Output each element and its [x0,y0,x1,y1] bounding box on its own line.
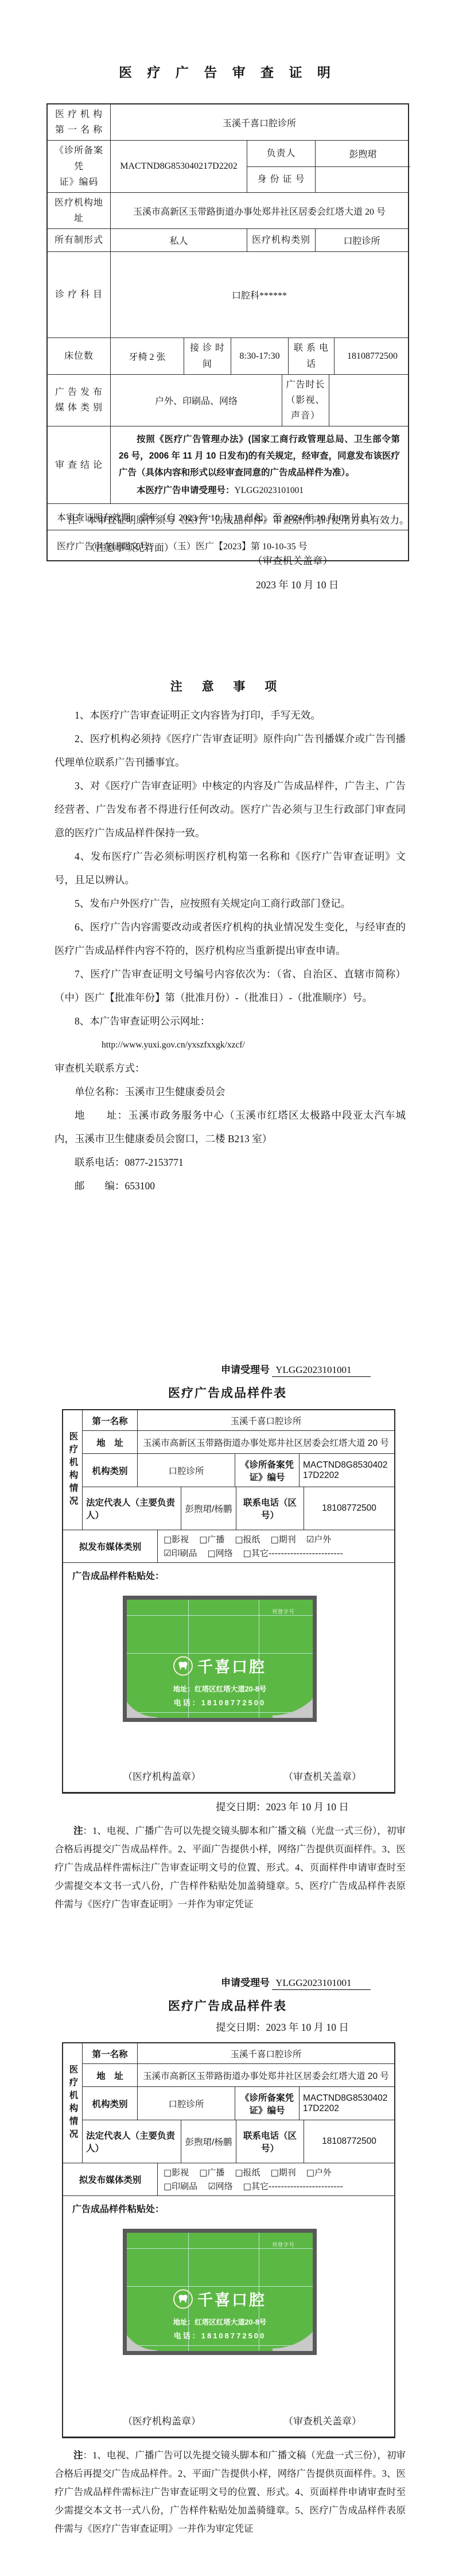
ad-address-line: 地址：红塔区红塔大道20-8号 [173,2317,267,2327]
media-checkbox-print[interactable]: ☑印刷品 [164,1546,197,1560]
media-category-label: 广 告 发 布 媒 体 类 别 [48,375,111,426]
phone-value: 18108772500 [304,2120,394,2163]
scanned-document-page: 医 疗 广 告 审 查 证 明 医 疗 机 构 第 一 名 称 玉溪千喜口腔诊所… [0,0,455,2576]
contact-unit: 单位名称：玉溪市卫生健康委员会 [55,1080,406,1104]
submit-date-value: 2023 年 10 月 10 日 [266,1801,349,1813]
ad-sample-canvas: 刊登字号 千喜口腔 地址：红塔区红塔大道20-8号 电话：18108772500 [127,2233,313,2351]
table-row: 审 查 结 论 按照《医疗广告管理办法》(国家工商行政管理总局、卫生部令第 26… [48,426,408,504]
sample-sheet-1: 申请受理号 YLGG2023101001 医疗广告成品样件表 医疗机构情况 第一… [0,1356,455,1914]
contact-phone: 联系电话：0877-2153771 [55,1151,406,1174]
acceptance-label: 申请受理号 [221,1364,270,1375]
media-checkbox-outdoor[interactable]: □户外 [306,2166,332,2179]
note-body: ：1、电视、广播广告可以先提交镜头脚本和广播文稿（光盘一式三份），初审合格后再提… [55,2450,406,2534]
ad-phone-line: 电话：18108772500 [174,1697,266,1708]
address-label: 地 址 [83,1431,138,1453]
media-type-label: 拟发布媒体类别 [63,1530,158,1562]
guide-line [127,1653,313,1654]
media-checkbox-other[interactable]: □其它------------------------ [243,1546,343,1560]
ad-license-note: 刊登字号 [272,1608,295,1615]
note-label: 注 [73,1826,83,1836]
address-label: 地 址 [83,2064,138,2086]
contact-phone-label: 联 系 电 话 [289,338,335,374]
acceptance-number-label: 本医疗广告申请受理号： [137,486,235,495]
category-label: 机构类别 [83,1454,138,1487]
sample-sheet-note: 注：1、电视、广播广告可以先提交镜头脚本和广播文稿（光盘一式三份），初审合格后再… [55,2446,406,2538]
notice-body: 1、本医疗广告审查证明正文内容皆为打印，手写无效。2、医疗机构必须持《医疗广告审… [55,704,406,1198]
sample-sheet-note: 注：1、电视、广播广告可以先提交镜头脚本和广播文稿（光盘一式三份），初审合格后再… [55,1822,406,1914]
media-type-checkboxes: □影视□广播□报纸□期刊☑户外 ☑印刷品□网络□其它--------------… [158,1530,394,1562]
ad-corner-cut [273,2291,313,2351]
table-row: 床位数 牙椅 2 张 接 诊 时 间 8:30-17:30 联 系 电 话 18… [48,338,408,374]
treatment-subjects-value: 口腔科****** [111,252,408,337]
clinic-tooth-logo-icon [173,1656,193,1675]
table-row: 拟发布媒体类别 □影视□广播□报纸□期刊□户外 □印刷品☑网络□其它------… [63,2163,394,2196]
media-type-label: 拟发布媒体类别 [63,2163,158,2195]
table-row: 法定代表人（主要负责人） 彭煦珺/杨鹏 联系电话（区号） 18108772500 [83,1487,394,1530]
ad-brand-row: 千喜口腔 [173,2288,266,2310]
notice-title: 注 意 事 项 [0,677,455,695]
first-name-value: 玉溪千喜口腔诊所 [138,1410,394,1430]
certificate-table: 医 疗 机 构 第 一 名 称 玉溪千喜口腔诊所 《诊所备案凭 证》编码 MAC… [46,103,409,561]
phone-label: 联系电话（区号） [236,1487,304,1530]
org-first-name-label: 医 疗 机 构 第 一 名 称 [48,104,111,140]
review-conclusion-cell: 按照《医疗广告管理办法》(国家工商行政管理总局、卫生部令第 26 号，2006 … [111,426,408,503]
table-row: 《诊所备案凭 证》编码 MACTND8G853040217D2202 负责人 彭… [48,141,408,193]
ad-brand-row: 千喜口腔 [173,1655,266,1677]
notice-item: 8、本广告审查证明公示网址： [55,1010,406,1033]
legal-rep-label: 法定代表人（主要负责人） [83,1487,181,1530]
principal-value: 彭煦珺 [316,141,410,166]
sample-paste-area: 广告成品样件粘贴处： 刊登字号 [63,2196,394,2437]
note-body: ：1、电视、广播广告可以先提交镜头脚本和广播文稿（光盘一式三份），初审合格后再提… [55,1825,406,1910]
address-value: 玉溪市高新区玉带路街道办事处郑井社区居委会红塔大道 20 号 [138,2064,394,2086]
ad-address-line: 地址：红塔区红塔大道20-8号 [173,1683,267,1694]
acceptance-number-line: 申请受理号 YLGG2023101001 [221,1974,455,1990]
phone-value: 18108772500 [304,1487,394,1530]
notice-item: 2、医疗机构必须持《医疗广告审查证明》原件向广告刊播媒介或广告刊播代理单位联系广… [55,727,406,774]
paste-area-label: 广告成品样件粘贴处： [63,1563,394,1582]
sample-sheet-table: 医疗机构情况 第一名称 玉溪千喜口腔诊所 地 址 玉溪市高新区玉带路街道办事处郑… [62,1409,395,1794]
org-stamp-placeholder: （医疗机构盖章） [123,1768,201,1783]
media-checkbox-magazine[interactable]: □期刊 [271,2166,296,2179]
treatment-subjects-label: 诊 疗 科 目 [48,252,111,337]
table-row: 医疗机构地址 玉溪市高新区玉带路街道办事处郑井社区居委会红塔大道 20 号 [48,193,408,229]
first-name-value: 玉溪千喜口腔诊所 [138,2043,394,2063]
note-label: 注 [73,2450,83,2461]
notice-item: 4、发布医疗广告必须标明医疗机构第一名称和《医疗广告审查证明》文号，且足以辨认。 [55,845,406,892]
media-checkbox-tv[interactable]: □影视 [164,2166,189,2179]
org-stamp-placeholder: （医疗机构盖章） [123,2413,201,2427]
submit-date-label: 提交日期： [216,2022,266,2033]
table-row: 身 份 证 号 [247,167,410,192]
ad-sample-canvas: 刊登字号 千喜口腔 地址：红塔区红塔大道20-8号 电话：18108772500 [127,1600,313,1718]
ownership-label: 所有制形式 [48,229,111,251]
sample-sheet-table: 医疗机构情况 第一名称 玉溪千喜口腔诊所 地 址 玉溪市高新区玉带路街道办事处郑… [62,2042,395,2438]
media-category-value: 户外、印刷品、网络 [111,375,282,426]
filing-number-value: MACTND8G853040217D2202 [300,1454,394,1487]
hours-value: 8:30-17:30 [231,338,289,374]
first-name-label: 第一名称 [83,2043,138,2063]
contact-title: 审查机关联系方式： [55,1057,406,1080]
acceptance-number: YLGG2023101001 [272,1977,371,1990]
beds-value: 牙椅 2 张 [111,338,184,374]
category-value: 口腔诊所 [138,2087,235,2120]
legal-rep-value: 彭煦珺/杨鹏 [181,1487,236,1530]
legal-rep-value: 彭煦珺/杨鹏 [181,2120,236,2163]
sample-paste-area: 广告成品样件粘贴处： 刊登字号 [63,1563,394,1793]
id-number-label: 身 份 证 号 [247,167,316,192]
legal-rep-label: 法定代表人（主要负责人） [83,2120,181,2163]
certificate-date: 2023 年 10 月 10 日 [256,577,339,592]
clinic-tooth-logo-icon [173,2289,193,2309]
table-row: 医 疗 机 构 第 一 名 称 玉溪千喜口腔诊所 [48,104,408,141]
table-row: 地 址 玉溪市高新区玉带路街道办事处郑井社区居委会红塔大道 20 号 [83,2064,394,2087]
media-checkbox-row-2: ☑印刷品□网络□其它------------------------ [164,1546,353,1560]
acceptance-number-line: 本医疗广告申请受理号：YLGG2023101001 [119,482,304,499]
table-row: 第一名称 玉溪千喜口腔诊所 [83,1410,394,1431]
ad-brand-name: 千喜口腔 [197,2288,266,2310]
ad-license-note: 刊登字号 [272,2241,295,2248]
submit-date-value: 2023 年 10 月 10 日 [266,2022,349,2033]
see-back-note: （注意事项见背面） [86,540,174,554]
org-info-block: 医疗机构情况 第一名称 玉溪千喜口腔诊所 地 址 玉溪市高新区玉带路街道办事处郑… [63,2043,394,2163]
filing-number-label: 《诊所备案凭证》编号 [235,2087,300,2120]
submit-date-label: 提交日期： [216,1801,266,1813]
principal-label: 负责人 [247,141,316,166]
filing-code-label: 《诊所备案凭 证》编码 [48,141,111,192]
media-checkbox-radio[interactable]: □广播 [199,1533,224,1546]
authority-stamp-placeholder: （审查机关盖章） [283,2413,361,2427]
contact-zipcode: 邮 编：653100 [55,1174,406,1198]
contact-phone-value: 18108772500 [335,338,410,374]
category-value: 口腔诊所 [138,1454,235,1487]
notice-item: 6、医疗广告内容需要改动或者医疗机构的执业情况发生变化，与经审查的医疗广告成品样… [55,915,406,963]
table-row: 诊 疗 科 目 口腔科****** [48,252,408,338]
media-checkbox-outdoor[interactable]: ☑户外 [306,1533,331,1546]
media-checkbox-magazine[interactable]: □期刊 [271,1533,296,1546]
ad-phone-line: 电话：18108772500 [174,2330,266,2341]
filing-code-value: MACTND8G853040217D2202 [111,141,247,192]
phone-label: 联系电话（区号） [236,2120,304,2163]
ad-corner-cut [273,1658,313,1718]
ad-corner-cut [127,1680,157,1718]
ad-corner-cut [127,2313,157,2351]
ad-brand-name: 千喜口腔 [197,1655,266,1677]
media-checkbox-network[interactable]: □网络 [207,1546,232,1560]
ad-sample-image: 刊登字号 千喜口腔 地址：红塔区红塔大道20-8号 电话：18108772500 [123,2229,317,2355]
doc-number-value: （玉）医广【2023】第 10-10-35 号 [168,539,308,552]
org-address-value: 玉溪市高新区玉带路街道办事处郑井社区居委会红塔大道 20 号 [111,193,408,228]
media-checkbox-newspaper[interactable]: □报纸 [235,2166,260,2179]
review-conclusion-text: 按照《医疗广告管理办法》(国家工商行政管理总局、卫生部令第 26 号，2006 … [119,431,400,481]
review-conclusion-label: 审 查 结 论 [48,426,111,503]
ownership-value: 私人 [111,229,247,251]
media-checkbox-tv[interactable]: □影视 [164,1533,189,1546]
filing-number-value: MACTND8G853040217D2202 [300,2087,394,2120]
beds-label: 床位数 [48,338,111,374]
media-checkbox-other[interactable]: □其它------------------------ [243,2179,343,2193]
org-address-label: 医疗机构地址 [48,193,111,228]
media-type-checkboxes: □影视□广播□报纸□期刊□户外 □印刷品☑网络□其它--------------… [158,2163,394,2195]
authority-stamp-placeholder: （审查机关盖章） [283,1768,361,1783]
certificate-title: 医 疗 广 告 审 查 证 明 [0,62,455,81]
id-number-value [316,167,410,192]
sample-sheet-title: 医疗广告成品样件表 [0,1384,455,1401]
notice-item: 5、发布户外医疗广告，应按照有关规定向工商行政部门登记。 [55,892,406,915]
media-checkbox-row-2: □印刷品☑网络□其它------------------------ [164,2179,353,2193]
table-row: 地 址 玉溪市高新区玉带路街道办事处郑井社区居委会红塔大道 20 号 [83,1431,394,1454]
sample-sheet-title: 医疗广告成品样件表 [0,1997,455,2014]
ad-sample-image: 刊登字号 千喜口腔 地址：红塔区红塔大道20-8号 电话：18108772500 [123,1596,317,1722]
media-checkbox-row-1: □影视□广播□报纸□期刊☑户外 [164,1533,341,1546]
media-checkbox-newspaper[interactable]: □报纸 [235,1533,260,1546]
publicity-url[interactable]: http://www.yuxi.gov.cn/yxszfxxgk/xzcf/ [55,1033,406,1057]
review-authority-stamp-placeholder: （审查机关盖章） [252,553,333,568]
org-category-value: 口腔诊所 [316,229,408,251]
address-value: 玉溪市高新区玉带路街道办事处郑井社区居委会红塔大道 20 号 [138,1431,394,1453]
table-row: 所有制形式 私人 医疗机构类别 口腔诊所 [48,229,408,252]
sample-sheet-2: 申请受理号 YLGG2023101001 医疗广告成品样件表 提交日期：2023… [0,1969,455,2538]
notice-item: 7、医疗广告审查证明文号编号内容依次为：（省、自治区、直辖市简称）（中）医广【批… [55,963,406,1010]
media-checkbox-radio[interactable]: □广播 [199,2166,224,2179]
submit-date-line: 提交日期：2023 年 10 月 10 日 [216,1799,455,1814]
hours-label: 接 诊 时 间 [184,338,231,374]
acceptance-label: 申请受理号 [221,1977,270,1988]
category-label: 机构类别 [83,2087,138,2120]
contact-address: 地 址：玉溪市政务服务中心（玉溪市红塔区太极路中段亚太汽车城内，玉溪市卫生健康委… [55,1104,406,1151]
org-info-block: 医疗机构情况 第一名称 玉溪千喜口腔诊所 地 址 玉溪市高新区玉带路街道办事处郑… [63,1410,394,1530]
table-row: 第一名称 玉溪千喜口腔诊所 [83,2043,394,2064]
notice-item: 3、对《医疗广告审查证明》中核定的内容及广告成品样件，广告主、广告经营者、广告发… [55,774,406,845]
acceptance-number: YLGG2023101001 [272,1364,371,1377]
acceptance-number-value: YLGG2023101001 [235,486,304,495]
table-row: 拟发布媒体类别 □影视□广播□报纸□期刊☑户外 ☑印刷品□网络□其它------… [63,1530,394,1563]
table-row: 机构类别 口腔诊所 《诊所备案凭证》编号 MACTND8G853040217D2… [83,2087,394,2120]
org-category-label: 医疗机构类别 [247,229,316,251]
ad-duration-label: 广告时长 （影视、 声音） [282,375,329,426]
table-row: 负责人 彭煦珺 [247,141,410,166]
table-row: 法定代表人（主要负责人） 彭煦珺/杨鹏 联系电话（区号） 18108772500 [83,2120,394,2163]
guide-line [127,2286,313,2287]
org-info-vertical-label: 医疗机构情况 [63,2043,83,2163]
org-info-vertical-label: 医疗机构情况 [63,1410,83,1530]
acceptance-number-line: 申请受理号 YLGG2023101001 [221,1361,455,1377]
media-checkbox-print[interactable]: □印刷品 [164,2179,197,2193]
table-row: 广 告 发 布 媒 体 类 别 户外、印刷品、网络 广告时长 （影视、 声音） [48,375,408,427]
media-checkbox-network[interactable]: ☑网络 [208,2179,232,2193]
notice-items: 1、本医疗广告审查证明正文内容皆为打印，手写无效。2、医疗机构必须持《医疗广告审… [55,704,406,1033]
media-checkbox-row-1: □影视□广播□报纸□期刊□户外 [164,2166,342,2179]
certificate-note: 注：本审查证明原件须与《医疗广告成品样件》审查原件同时使用方具有效力。 [68,512,409,526]
paste-area-label: 广告成品样件粘贴处： [63,2196,394,2215]
ad-duration-value [329,375,410,426]
submit-date-line: 提交日期：2023 年 10 月 10 日 [216,2020,455,2034]
notice-item: 1、本医疗广告审查证明正文内容皆为打印，手写无效。 [55,704,406,727]
first-name-label: 第一名称 [83,1410,138,1430]
table-row: 机构类别 口腔诊所 《诊所备案凭证》编号 MACTND8G853040217D2… [83,1454,394,1487]
filing-number-label: 《诊所备案凭证》编号 [235,1454,300,1487]
org-first-name-value: 玉溪千喜口腔诊所 [111,104,408,140]
principal-id-subtable: 负责人 彭煦珺 身 份 证 号 [247,141,410,192]
